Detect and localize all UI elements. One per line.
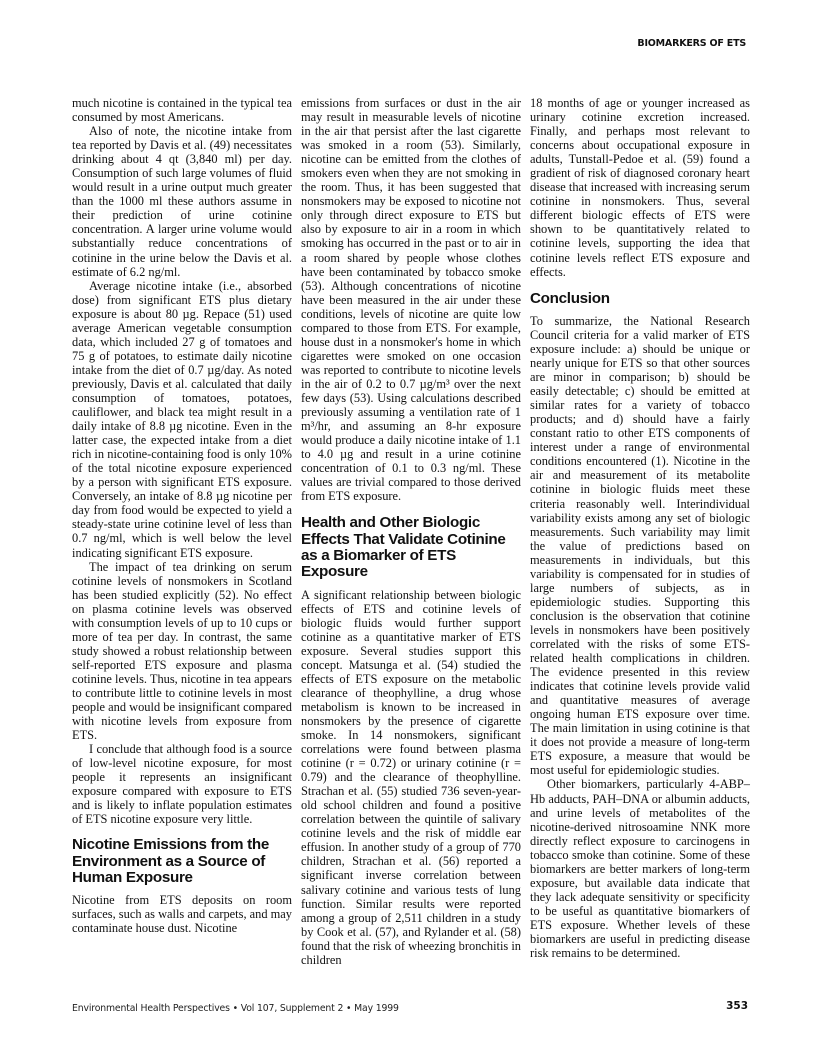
paragraph: I conclude that although food is a sourc… [72, 742, 292, 826]
paragraph: The impact of tea drinking on serum coti… [72, 560, 292, 743]
column-1: much nicotine is contained in the typica… [72, 96, 292, 976]
column-2: emissions from surfaces or dust in the a… [301, 96, 521, 976]
paragraph: Average nicotine intake (i.e., absorbed … [72, 279, 292, 560]
paragraph: emissions from surfaces or dust in the a… [301, 96, 521, 503]
section-heading-conclusion: Conclusion [530, 291, 750, 307]
paragraph: Also of note, the nicotine intake from t… [72, 124, 292, 279]
article-body: much nicotine is contained in the typica… [72, 96, 750, 976]
journal-footer: Environmental Health Perspectives • Vol … [72, 1003, 399, 1014]
column-3: 18 months of age or younger increased as… [530, 96, 750, 976]
running-head-title: BIOMARKERS OF ETS [0, 38, 746, 49]
paragraph: much nicotine is contained in the typica… [72, 96, 292, 124]
section-heading-health-effects: Health and Other Biologic Effects That V… [301, 515, 521, 580]
paragraph: 18 months of age or younger increased as… [530, 96, 750, 279]
paragraph: To summarize, the National Research Coun… [530, 314, 750, 778]
paragraph: Other biomarkers, particularly 4-ABP–Hb … [530, 777, 750, 960]
page-number: 353 [700, 1000, 748, 1012]
paragraph: A significant relationship between biolo… [301, 588, 521, 967]
section-heading-nicotine-emissions: Nicotine Emissions from the Environment … [72, 837, 292, 886]
paragraph: Nicotine from ETS deposits on room surfa… [72, 893, 292, 935]
